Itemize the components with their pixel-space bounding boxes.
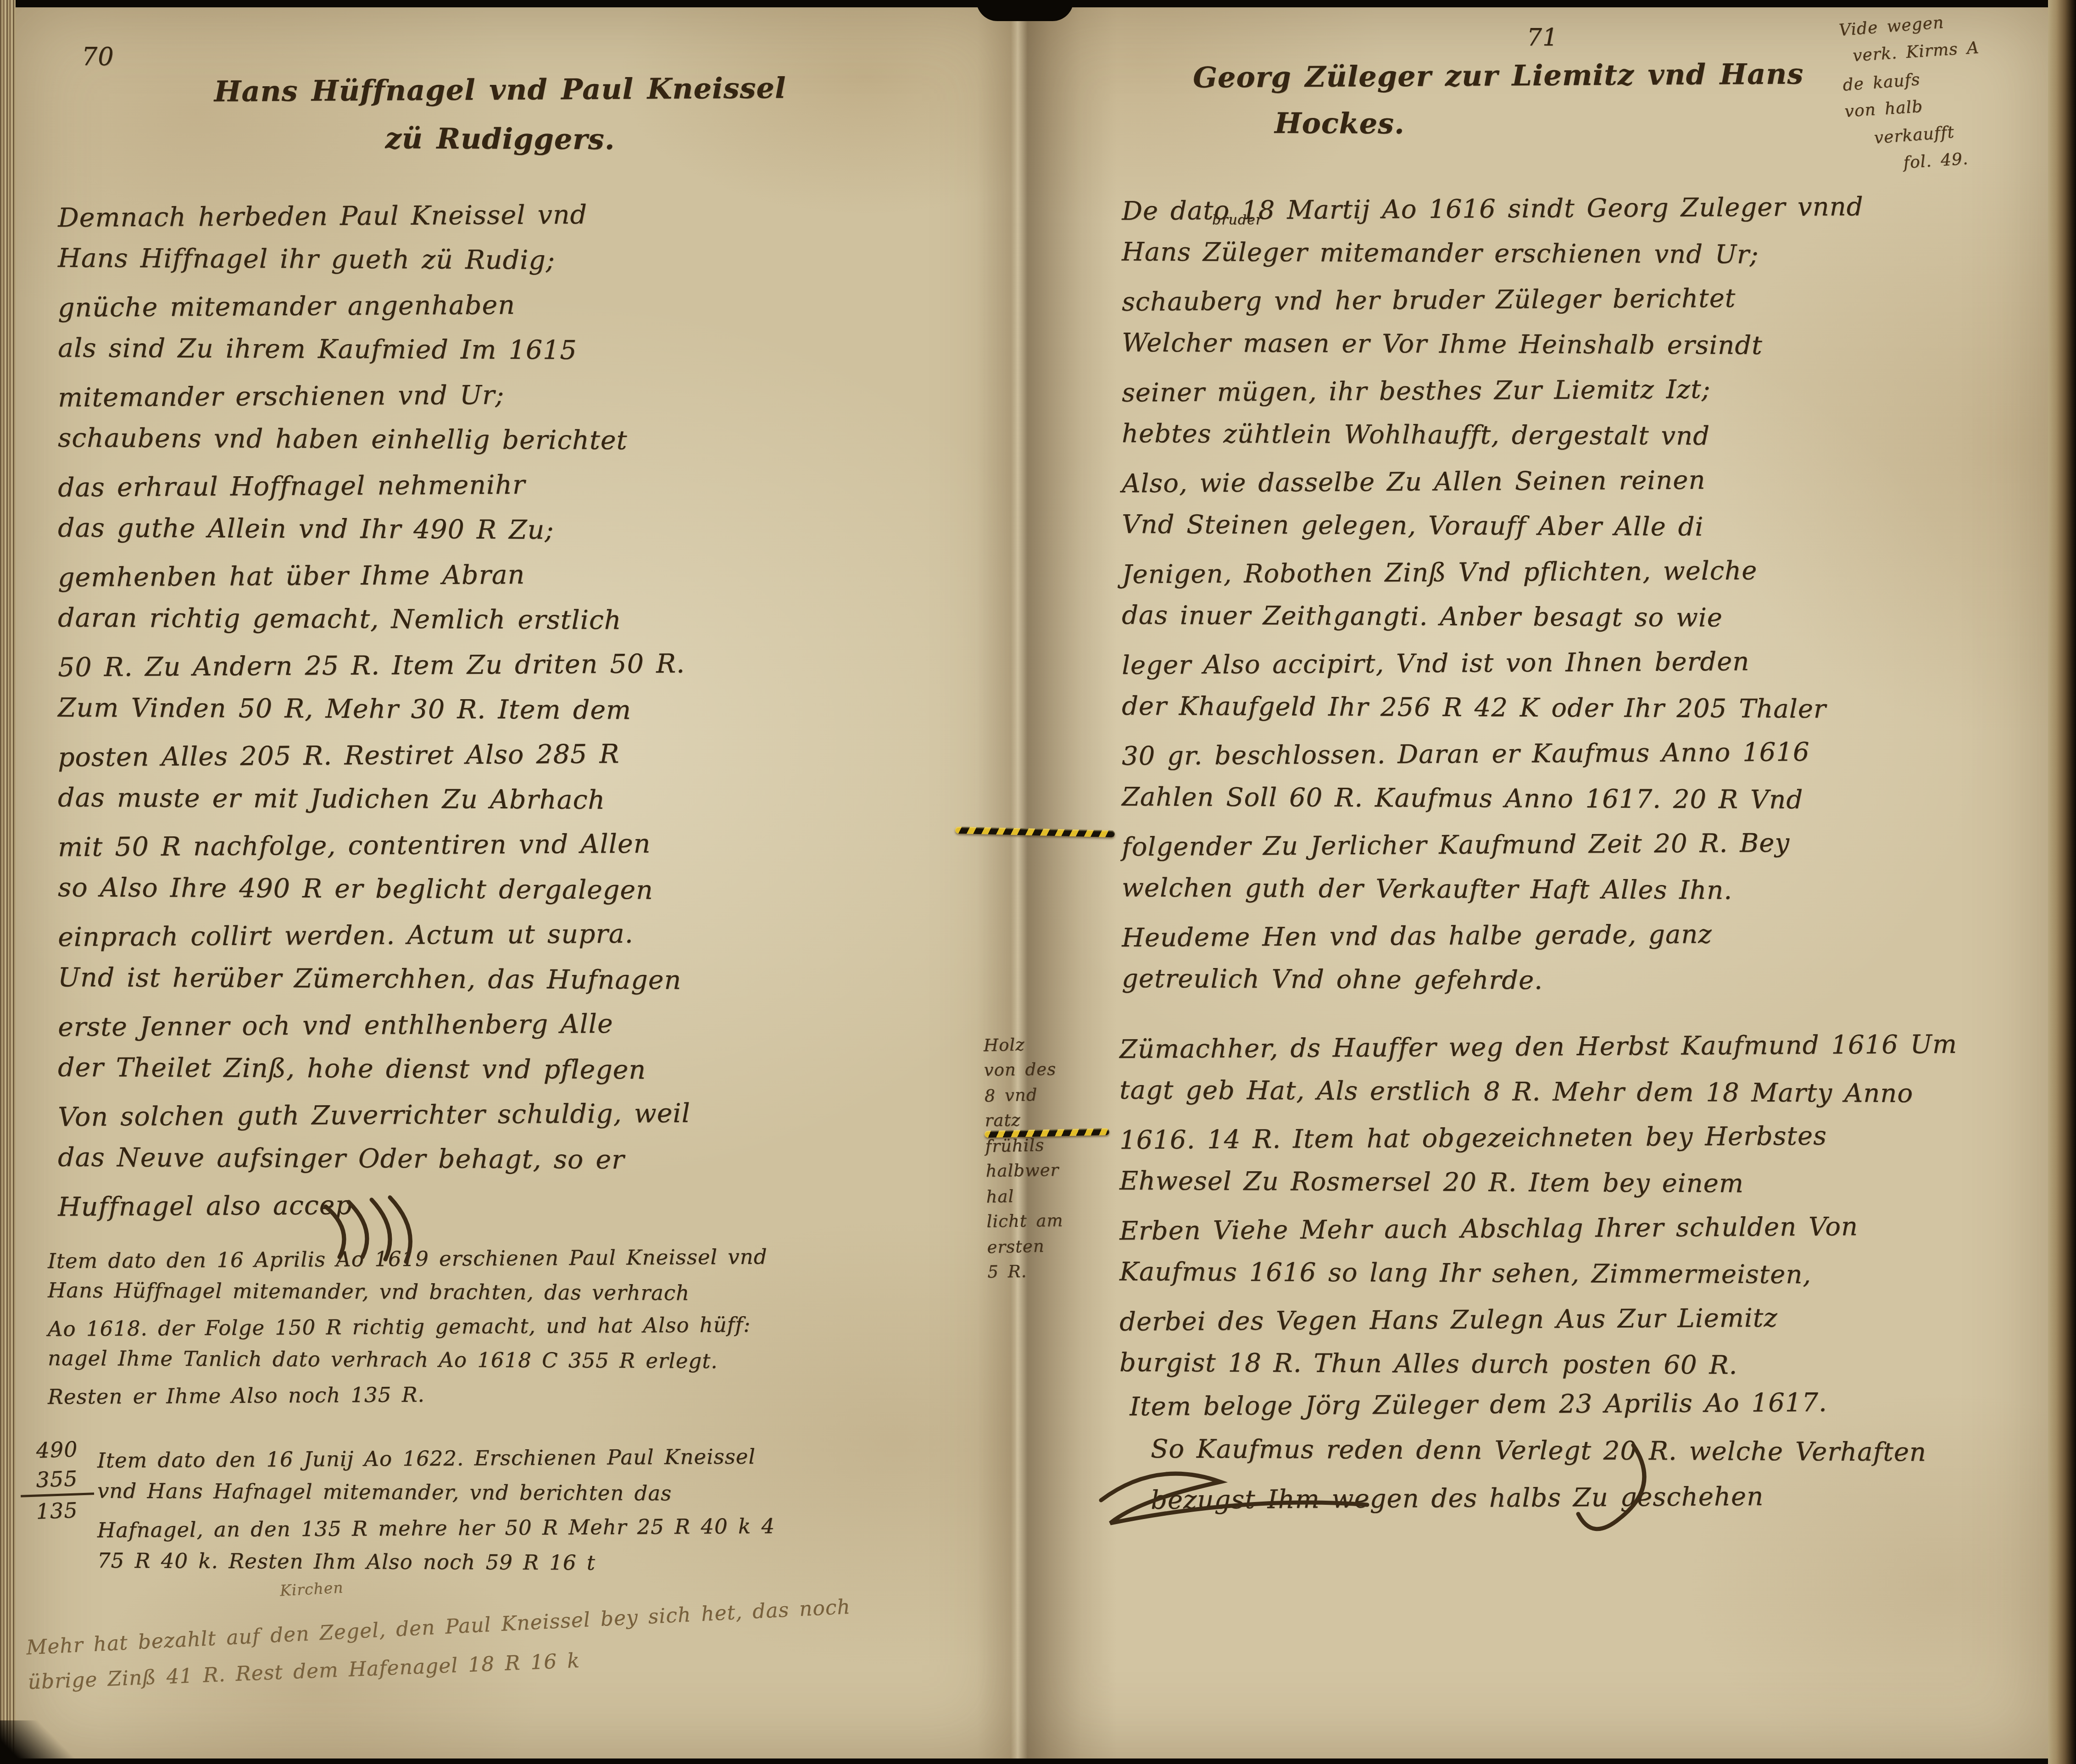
manuscript-line: Hans Hüffnagel vnd Paul Kneissel: [151, 63, 849, 116]
right-page-number: 71: [1527, 24, 1558, 51]
left-page-fore-edge: [0, 0, 16, 1764]
manuscript-line: hal: [986, 1181, 1115, 1210]
manuscript-line: gnüche mitemander angenhaben: [58, 280, 971, 330]
manuscript-line: licht am: [986, 1207, 1115, 1234]
manuscript-line: Item dato den 16 Junij Ao 1622. Erschien…: [97, 1438, 969, 1478]
right-page-body-text: De dato 18 Martij Ao 1616 sindt Georg Zu…: [1122, 186, 2030, 1003]
right-page-edge: [2048, 0, 2076, 1764]
right-flourish-stroke: [1092, 1436, 1780, 1555]
manuscript-line: Resten er Ihme Also noch 135 R.: [48, 1374, 965, 1414]
manuscript-line: schaubens vnd haben einhellig berichtet: [58, 416, 971, 465]
manuscript-line: derbei des Vegen Hans Zulegn Aus Zur Lie…: [1119, 1294, 2035, 1345]
manuscript-line: das Neuve aufsinger Oder behagt, so er: [58, 1135, 971, 1184]
manuscript-line: 355: [20, 1463, 94, 1497]
manuscript-line: Hans Züleger mitemander erschienen vnd U…: [1122, 229, 2030, 279]
bottom-left-shadow: [0, 1720, 87, 1764]
manuscript-line: Zümachher, ds Hauffer weg den Herbst Kau…: [1119, 1021, 2035, 1072]
manuscript-line: Georg Züleger zur Liemitz vnd Hans: [1193, 50, 1854, 102]
manuscript-line: Hafnagel, an den 135 R mehre her 50 R Me…: [97, 1508, 969, 1548]
manuscript-line: seiner mügen, ihr besthes Zur Liemitz Iz…: [1122, 365, 2031, 416]
manuscript-line: Demnach herbeden Paul Kneissel vnd: [58, 190, 971, 240]
manuscript-line: von des: [984, 1056, 1113, 1083]
manuscript-line: zü Rudiggers.: [151, 113, 849, 165]
right-page-paragraph-2: Zümachher, ds Hauffer weg den Herbst Kau…: [1119, 1024, 2035, 1387]
manuscript-line: 5 R.: [987, 1258, 1116, 1285]
left-page-body-text: Demnach herbeden Paul Kneissel vndHans H…: [58, 193, 971, 1227]
manuscript-line: welchen guth der Verkaufter Haft Alles I…: [1122, 865, 2030, 915]
manuscript-line: mit 50 R nachfolge, contentiren vnd Alle…: [58, 819, 971, 870]
manuscript-line: 135: [20, 1495, 94, 1527]
manuscript-line: Kaufmus 1616 so lang Ihr sehen, Zimmerme…: [1119, 1249, 2035, 1299]
manuscript-line: getreulich Vnd ohne gefehrde.: [1122, 956, 2030, 1006]
manuscript-line: nagel Ihme Tanlich dato verhrach Ao 1618…: [48, 1341, 965, 1380]
manuscript-line: Jenigen, Robothen Zinß Vnd pflichten, we…: [1122, 546, 2031, 597]
manuscript-line: ersten: [987, 1232, 1116, 1260]
manuscript-line: das guthe Allein vnd Ihr 490 R Zu;: [58, 506, 971, 555]
left-page-note-1622: Item dato den 16 Junij Ao 1622. Erschien…: [97, 1441, 969, 1580]
left-interlinear-word: Kirchen: [279, 1578, 344, 1599]
manuscript-line: halbwer: [985, 1157, 1114, 1184]
manuscript-line: 490: [20, 1434, 94, 1466]
manuscript-line: Also, wie dasselbe Zu Allen Seinen reine…: [1122, 456, 2031, 506]
manuscript-line: 50 R. Zu Andern 25 R. Item Zu driten 50 …: [58, 640, 971, 690]
manuscript-line: Ehwesel Zu Rosmersel 20 R. Item bey eine…: [1119, 1158, 2035, 1208]
left-margin-sum: 490355135: [20, 1435, 94, 1525]
manuscript-line: Zahlen Soll 60 R. Kaufmus Anno 1617. 20 …: [1122, 774, 2030, 824]
right-page-heading: Georg Züleger zur Liemitz vnd HansHockes…: [1193, 51, 1853, 149]
manuscript-line: Und ist herüber Zümerchhen, das Hufnagen: [58, 955, 971, 1004]
manuscript-line: gemhenben hat über Ihme Abran: [58, 550, 971, 600]
manuscript-line: als sind Zu ihrem Kaufmied Im 1615: [58, 326, 971, 375]
manuscript-line: Von solchen guth Zuverrichter schuldig, …: [58, 1089, 971, 1140]
manuscript-line: Welcher masen er Vor Ihme Heinshalb ersi…: [1122, 320, 2030, 370]
manuscript-line: tagt geb Hat, Als erstlich 8 R. Mehr dem…: [1119, 1068, 2035, 1117]
binding-notch: [976, 0, 1074, 21]
manuscript-line: De dato 18 Martij Ao 1616 sindt Georg Zu…: [1122, 183, 2031, 234]
manuscript-line: Heudeme Hen vnd das halbe gerade, ganz: [1122, 910, 2031, 961]
manuscript-line: 75 R 40 k. Resten Ihm Also noch 59 R 16 …: [97, 1543, 969, 1582]
manuscript-line: erste Jenner och vnd enthlhenberg Alle: [58, 999, 971, 1050]
manuscript-line: Zum Vinden 50 R, Mehr 30 R. Item dem: [58, 685, 971, 735]
manuscript-line: Item beloge Jörg Züleger dem 23 Aprilis …: [1130, 1378, 2038, 1430]
manuscript-line: vnd Hans Hafnagel mitemander, vnd berich…: [97, 1474, 969, 1512]
left-page-number: 70: [82, 42, 114, 71]
manuscript-line: so Also Ihre 490 R er beglicht dergalege…: [58, 865, 971, 914]
manuscript-line: 1616. 14 R. Item hat obgezeichneten bey …: [1119, 1112, 2035, 1163]
manuscript-line: Holz: [983, 1030, 1112, 1058]
manuscript-line: Erben Viehe Mehr auch Abschlag Ihrer sch…: [1119, 1203, 2035, 1254]
manuscript-line: das inuer Zeithgangti. Anber besagt so w…: [1122, 593, 2030, 642]
right-corner-marginal-note: Vide wegenverk. Kirms Ade kaufsvon halbv…: [1838, 0, 2074, 181]
manuscript-book: 70 Hans Hüffnagel vnd Paul Kneisselzü Ru…: [0, 0, 2076, 1764]
manuscript-line: das muste er mit Judichen Zu Abrhach: [58, 775, 971, 824]
manuscript-line: schauberg vnd her bruder Züleger bericht…: [1122, 274, 2031, 325]
manuscript-line: 8 vnd: [984, 1080, 1113, 1109]
manuscript-line: einprach collirt werden. Actum ut supra.: [58, 909, 971, 960]
manuscript-line: hebtes zühtlein Wohlhaufft, dergestalt v…: [1122, 411, 2030, 461]
manuscript-line: posten Alles 205 R. Restiret Also 285 R: [58, 729, 971, 780]
manuscript-line: Vnd Steinen gelegen, Vorauff Aber Alle d…: [1122, 502, 2030, 551]
manuscript-line: 30 gr. beschlossen. Daran er Kaufmus Ann…: [1122, 728, 2031, 779]
manuscript-line: Hockes.: [1193, 99, 1853, 150]
right-margin-note: Holzvon des8 vndratzfrühilshalbwerhallic…: [983, 1030, 1116, 1285]
manuscript-line: mitemander erschienen vnd Ur;: [58, 370, 971, 420]
manuscript-line: der Khaufgeld Ihr 256 R 42 K oder Ihr 20…: [1122, 684, 2030, 733]
manuscript-line: Ao 1618. der Folge 150 R richtig gemacht…: [48, 1307, 965, 1346]
manuscript-line: Hans Hiffnagel ihr gueth zü Rudig;: [58, 236, 971, 285]
manuscript-line: daran richtig gemacht, Nemlich erstlich: [58, 595, 971, 645]
manuscript-line: das erhraul Hoffnagel nehmenihr: [58, 460, 971, 510]
manuscript-line: leger Also accipirt, Vnd ist von Ihnen b…: [1122, 637, 2031, 688]
left-flourish-stroke: [298, 1193, 528, 1285]
manuscript-line: folgender Zu Jerlicher Kaufmund Zeit 20 …: [1122, 819, 2031, 870]
left-page-heading: Hans Hüffnagel vnd Paul Kneisselzü Rudig…: [151, 65, 849, 163]
manuscript-line: der Theilet Zinß, hohe dienst vnd pflege…: [58, 1045, 971, 1094]
